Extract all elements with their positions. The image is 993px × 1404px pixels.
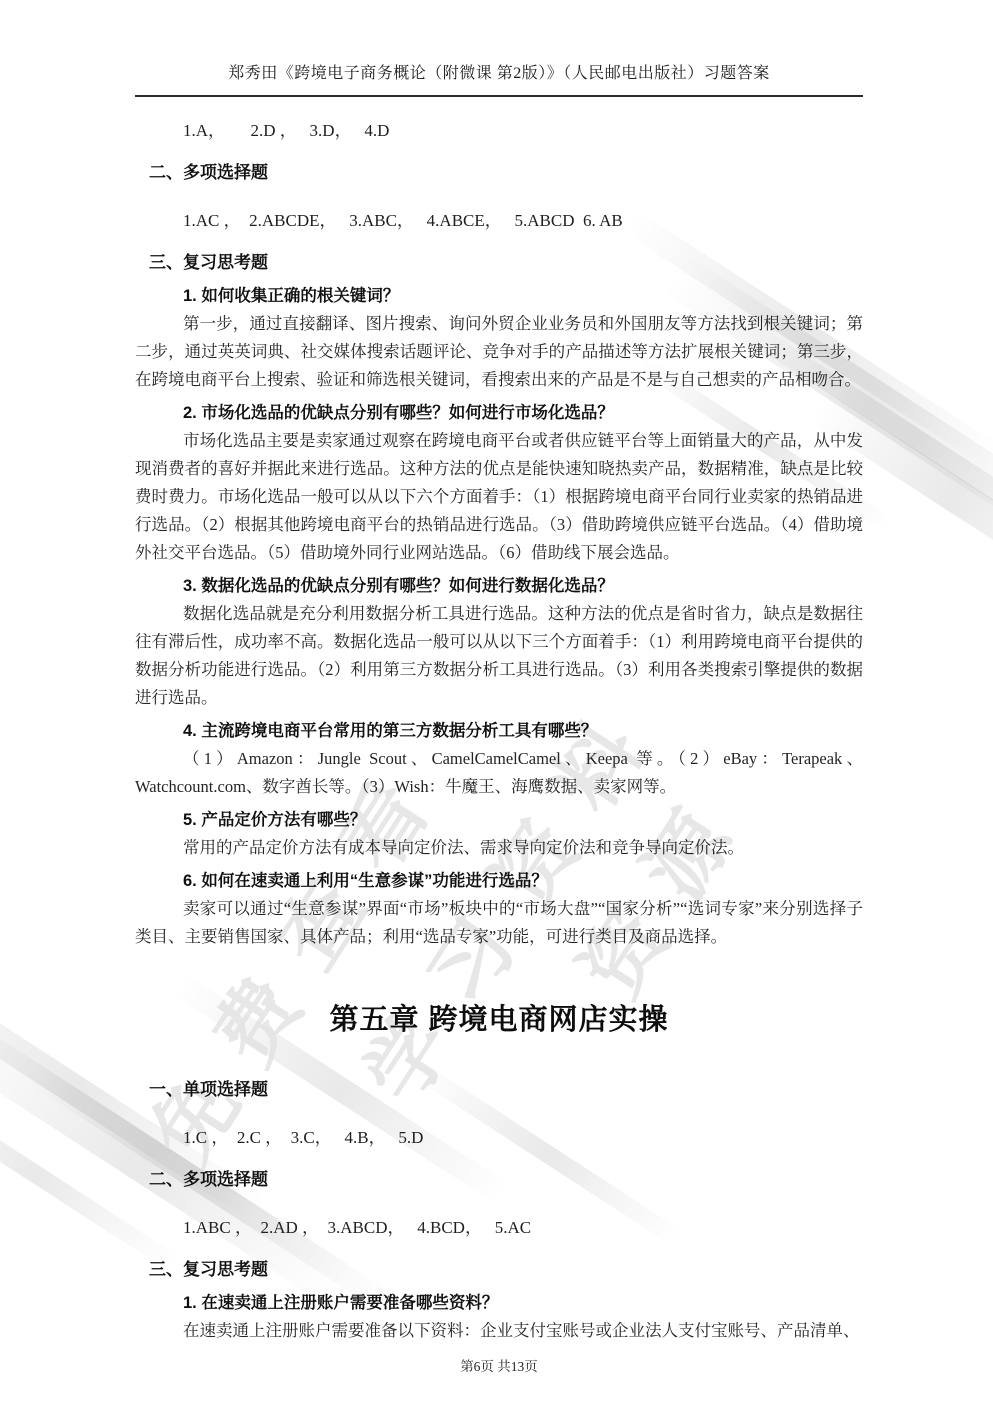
ch4-review-heading: 三、复习思考题	[149, 249, 863, 277]
ch5-question-1-answer: 在速卖通上注册账户需要准备以下资料：企业支付宝账号或企业法人支付宝账号、产品清单…	[135, 1317, 863, 1345]
chapter-5-title: 第五章 跨境电商网店实操	[135, 997, 863, 1038]
ch4-question-3-answer: 数据化选品就是充分利用数据分析工具进行选品。这种方法的优点是省时省力，缺点是数据…	[135, 600, 863, 712]
ch4-question-6-title: 6. 如何在速卖通上利用“生意参谋”功能进行选品？	[183, 867, 863, 895]
ch4-multi-choice-heading: 二、多项选择题	[149, 159, 863, 187]
ch5-multi-choice-answers: 1.ABC ， 2.AD ， 3.ABCD， 4.BCD， 5.AC	[183, 1214, 863, 1242]
ch4-question-1-answer: 第一步，通过直接翻译、图片搜索、询问外贸企业业务员和外国朋友等方法找到根关键词；…	[135, 310, 863, 394]
ch4-question-5-title: 5. 产品定价方法有哪些？	[183, 806, 863, 834]
ch5-multi-choice-heading: 二、多项选择题	[149, 1166, 863, 1194]
ch4-question-5-answer: 常用的产品定价方法有成本导向定价法、需求导向定价法和竞争导向定价法。	[135, 834, 863, 862]
book-title: 郑秀田《跨境电子商务概论（附微课 第2版）》（人民邮电出版社）习题答案	[228, 65, 770, 82]
ch4-question-3-title: 3. 数据化选品的优缺点分别有哪些？如何进行数据化选品？	[183, 572, 863, 600]
ch4-question-1-title: 1. 如何收集正确的根关键词？	[183, 282, 863, 310]
ch4-question-4-answer: （1）Amazon：Jungle Scout、CamelCamelCamel、K…	[135, 745, 863, 801]
ch4-single-choice-answers: 1.A， 2.D ， 3.D， 4.D	[183, 117, 863, 145]
ch4-question-2-title: 2. 市场化选品的优缺点分别有哪些？如何进行市场化选品？	[183, 399, 863, 427]
ch4-question-4-title: 4. 主流跨境电商平台常用的第三方数据分析工具有哪些？	[183, 717, 863, 745]
ch5-review-heading: 三、复习思考题	[149, 1256, 863, 1284]
ch5-single-choice-answers: 1.C ， 2.C ， 3.C， 4.B， 5.D	[183, 1124, 863, 1152]
ch4-question-6-answer: 卖家可以通过“生意参谋”界面“市场”板块中的“市场大盘”“国家分析”“选词专家”…	[135, 895, 863, 951]
document-page: 免费查看 学习资料 资源 郑秀田《跨境电子商务概论（附微课 第2版）》（人民邮电…	[0, 0, 993, 1404]
ch4-multi-choice-answers: 1.AC ， 2.ABCDE， 3.ABC， 4.ABCE， 5.ABCD 6.…	[183, 207, 863, 235]
ch4-question-2-answer: 市场化选品主要是卖家通过观察在跨境电商平台或者供应链平台等上面销量大的产品，从中…	[135, 427, 863, 567]
page-header: 郑秀田《跨境电子商务概论（附微课 第2版）》（人民邮电出版社）习题答案	[135, 62, 863, 97]
ch5-question-1-title: 1. 在速卖通上注册账户需要准备哪些资料？	[183, 1289, 863, 1317]
page-number: 第6页 共13页	[460, 1359, 538, 1374]
ch5-single-choice-heading: 一、单项选择题	[149, 1076, 863, 1104]
document-content: 郑秀田《跨境电子商务概论（附微课 第2版）》（人民邮电出版社）习题答案 1.A，…	[0, 0, 993, 1377]
page-footer: 第6页 共13页	[135, 1357, 863, 1377]
